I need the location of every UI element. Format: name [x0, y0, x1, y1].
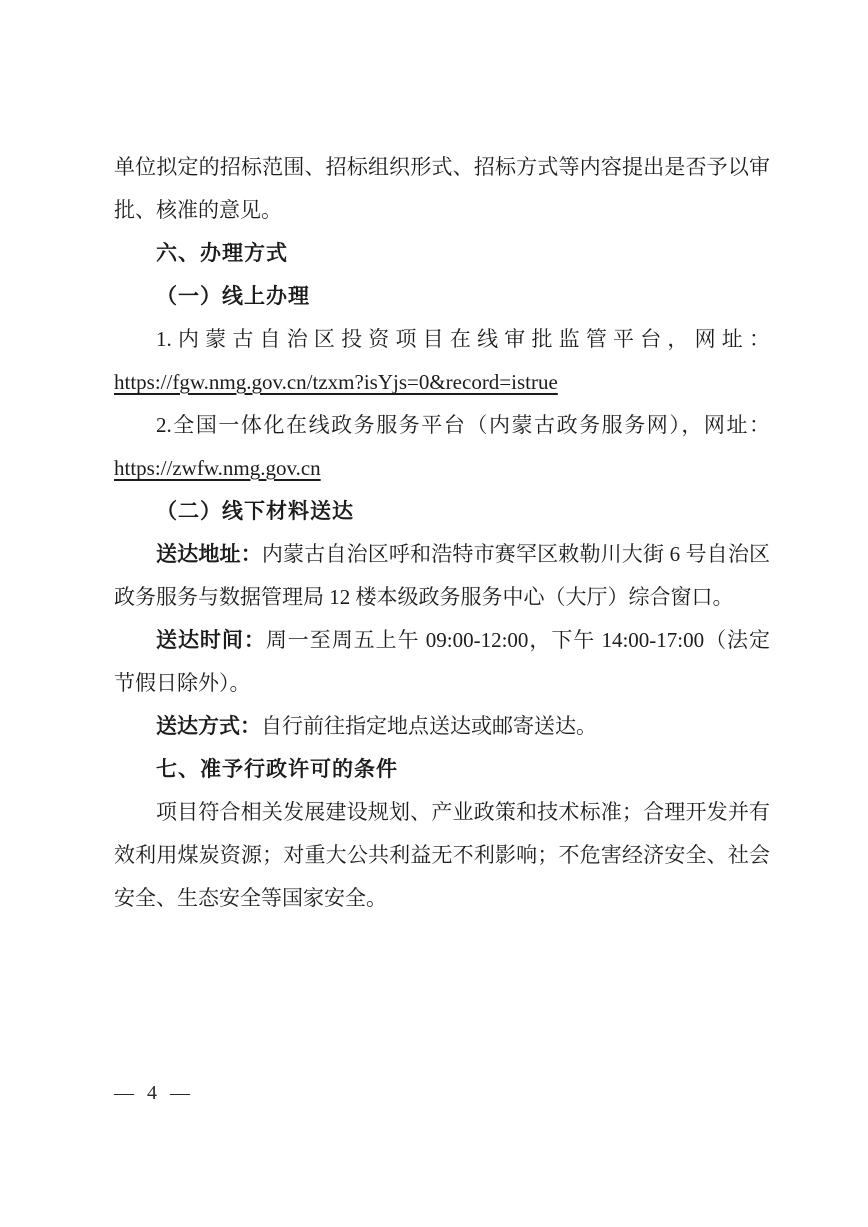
page-number: — 4 —	[114, 1072, 194, 1115]
online-platform-url-1[interactable]: https://fgw.nmg.gov.cn/tzxm?isYjs=0&reco…	[114, 370, 558, 394]
section-heading-7: 七、准予行政许可的条件	[114, 748, 770, 791]
online-url-line-1: https://fgw.nmg.gov.cn/tzxm?isYjs=0&reco…	[114, 361, 770, 404]
document-content: 单位拟定的招标范围、招标组织形式、招标方式等内容提出是否予以审批、核准的意见。 …	[114, 146, 770, 920]
conditions-paragraph: 项目符合相关发展建设规划、产业政策和技术标准；合理开发并有效利用煤炭资源；对重大…	[114, 791, 770, 920]
subsection-heading-6-2: （二）线下材料送达	[114, 490, 770, 533]
delivery-method-label: 送达方式：	[156, 714, 261, 738]
delivery-address-label: 送达地址：	[156, 542, 262, 566]
online-url-line-2: https://zwfw.nmg.gov.cn	[114, 447, 770, 490]
online-platform-item-2: 2.全国一体化在线政务服务平台（内蒙古政务服务网），网址：	[114, 404, 770, 447]
delivery-address-paragraph: 送达地址：内蒙古自治区呼和浩特市赛罕区敕勒川大街 6 号自治区政务服务与数据管理…	[114, 533, 770, 619]
document-page: 单位拟定的招标范围、招标组织形式、招标方式等内容提出是否予以审批、核准的意见。 …	[0, 0, 868, 1227]
delivery-time-paragraph: 送达时间：周一至周五上午 09:00-12:00，下午 14:00-17:00（…	[114, 619, 770, 705]
delivery-time-label: 送达时间：	[156, 628, 266, 652]
subsection-heading-6-1: （一）线上办理	[114, 275, 770, 318]
section-heading-6: 六、办理方式	[114, 232, 770, 275]
online-platform-item-1: 1.内蒙古自治区投资项目在线审批监管平台，网址：	[114, 318, 770, 361]
delivery-method-paragraph: 送达方式：自行前往指定地点送达或邮寄送达。	[114, 705, 770, 748]
delivery-method-text: 自行前往指定地点送达或邮寄送达。	[261, 714, 597, 738]
carryover-paragraph: 单位拟定的招标范围、招标组织形式、招标方式等内容提出是否予以审批、核准的意见。	[114, 146, 770, 232]
online-platform-url-2[interactable]: https://zwfw.nmg.gov.cn	[114, 456, 321, 480]
